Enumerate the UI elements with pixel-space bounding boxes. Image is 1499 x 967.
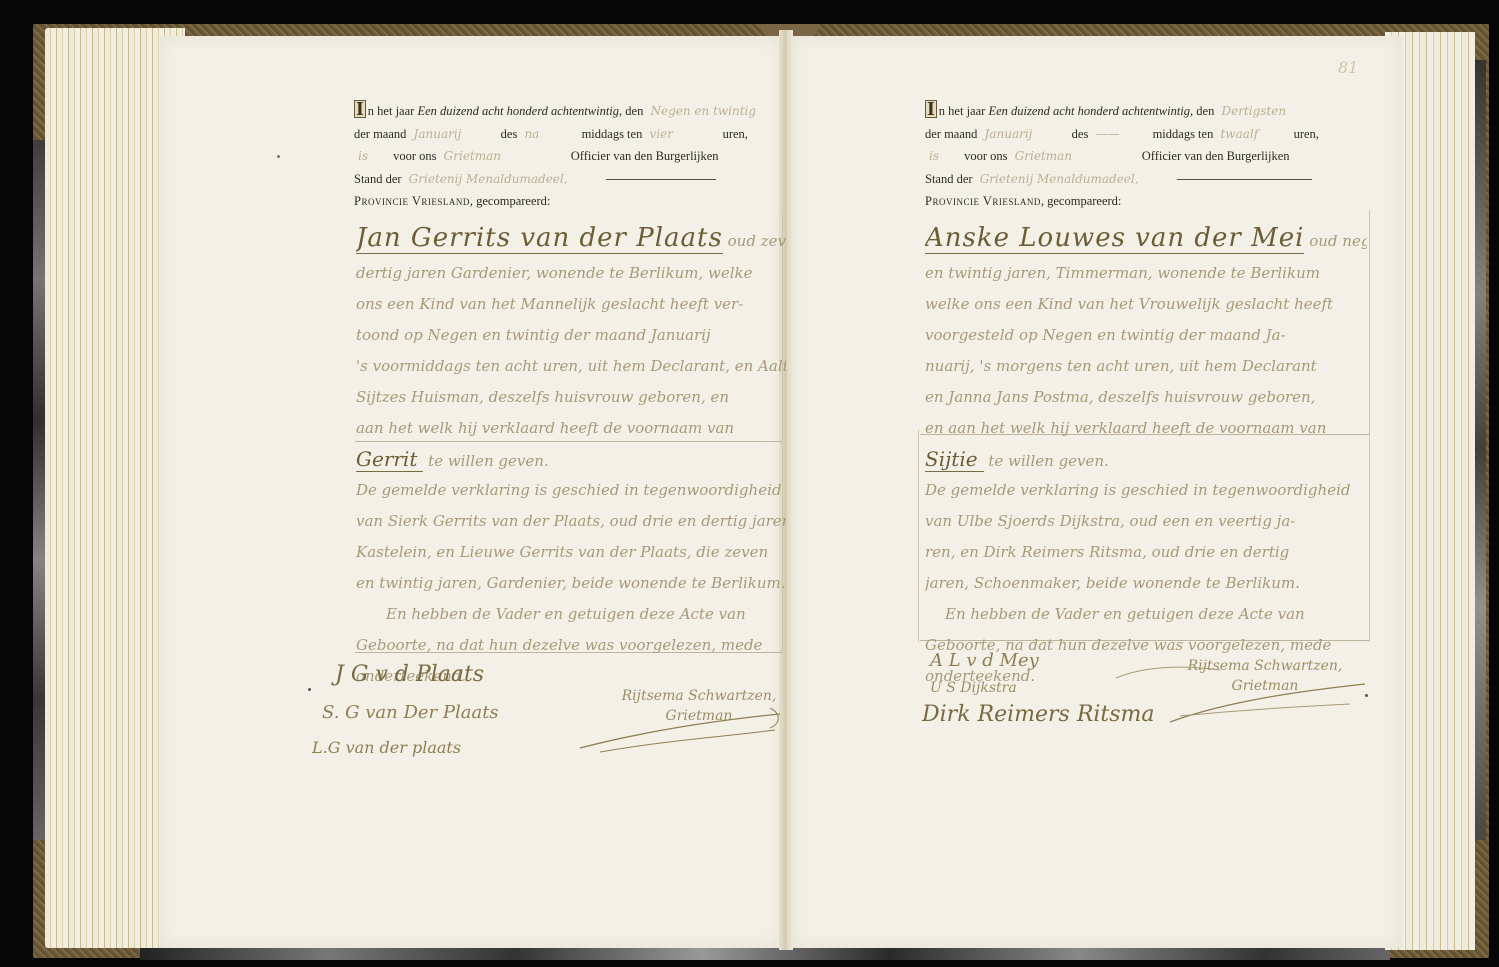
fill-municipality: Grietenij Menaldumadeel, — [980, 168, 1170, 191]
fill-ampm: —— — [1095, 123, 1145, 146]
fill-month: Januarij — [414, 123, 494, 146]
form-rule — [606, 179, 716, 180]
right-handwritten-entry: Anske Louwes van der Mei oud negen en tw… — [925, 218, 1367, 692]
hand-line: oud negen — [1309, 232, 1367, 250]
hand-line: te willen geven. — [988, 452, 1108, 470]
province-label: Provincie Vriesland — [925, 194, 1041, 208]
hand-line: welke ons een Kind van het Vrouwelijk ge… — [925, 289, 1367, 320]
child-name: Sijtie — [925, 447, 984, 472]
form-text: Stand der — [925, 172, 973, 186]
fill-municipality: Grietenij Menaldumadeel, — [409, 168, 599, 191]
hand-line: te willen geven. — [428, 452, 548, 470]
ink-dot — [1365, 694, 1368, 697]
fill-officer: Grietman — [1015, 145, 1135, 168]
declarant-line: Jan Gerrits van der Plaats oud zeven en — [356, 218, 786, 258]
hand-line: aan het welk hij verklaard heeft de voor… — [356, 413, 786, 444]
form-text: , den — [619, 104, 643, 118]
form-text: , gecompareerd: — [1041, 194, 1122, 208]
ink-dot — [308, 688, 311, 691]
form-text: middags ten — [582, 127, 643, 141]
form-line-1: In het jaar Een duizend acht honderd ach… — [354, 100, 784, 123]
child-name-line: Gerrit te willen geven. — [356, 444, 786, 475]
marbled-edge-bottom — [140, 948, 1390, 960]
child-name: Gerrit — [356, 447, 423, 472]
fill-month: Januarij — [985, 123, 1065, 146]
form-year: Een duizend acht honderd achtentwintig — [417, 104, 619, 118]
form-line-3: is voor ons Grietman Officier van den Bu… — [354, 145, 784, 168]
signature-witness-1: U S Dijkstra — [930, 680, 1017, 696]
left-handwritten-entry: Jan Gerrits van der Plaats oud zeven en … — [356, 218, 786, 692]
fill-ampm: na — [524, 123, 574, 146]
fill-hour: vier — [649, 123, 715, 146]
declarant-name: Jan Gerrits van der Plaats — [356, 223, 723, 254]
fill-day: Negen en twintig — [650, 100, 756, 123]
fill-officer: Grietman — [444, 145, 564, 168]
form-text: n het jaar — [939, 104, 986, 118]
form-line-5: Provincie Vriesland, gecompareerd: — [925, 190, 1345, 213]
declarant-line: Anske Louwes van der Mei oud negen — [925, 218, 1367, 258]
signature-witness-1: S. G van Der Plaats — [322, 702, 499, 723]
ink-dot — [277, 155, 280, 158]
form-text: Officier van den Burgerlijken — [1142, 149, 1290, 163]
form-text: des — [1072, 127, 1089, 141]
signature-father: A L v d Mey — [930, 650, 1039, 671]
form-year: Een duizend acht honderd achtentwintig — [988, 104, 1190, 118]
declarant-name: Anske Louwes van der Mei — [925, 223, 1304, 254]
form-line-2: der maand Januarij des na middags ten vi… — [354, 123, 784, 146]
form-text: , den — [1190, 104, 1214, 118]
signature-father: J G v d Plaats — [335, 662, 484, 687]
hand-line: Sijtzes Huisman, deszelfs huisvrouw gebo… — [356, 382, 786, 413]
signature-flourish — [1110, 660, 1370, 730]
form-text: Stand der — [354, 172, 402, 186]
hand-line: En hebben de Vader en getuigen deze Acte… — [925, 599, 1367, 630]
folio-number: 81 — [1338, 58, 1358, 77]
form-text: uren, — [1294, 127, 1319, 141]
hand-line: en Janna Jans Postma, deszelfs huisvrouw… — [925, 382, 1367, 413]
hand-line: oud zeven en — [728, 232, 786, 250]
form-line-2: der maand Januarij des —— middags ten tw… — [925, 123, 1345, 146]
hand-line: en aan het welk hij verklaard heeft de v… — [925, 413, 1367, 444]
form-text: Officier van den Burgerlijken — [571, 149, 719, 163]
right-printed-form: In het jaar Een duizend acht honderd ach… — [925, 100, 1345, 213]
form-text: der maand — [925, 127, 977, 141]
fill-day: Dertigsten — [1221, 100, 1286, 123]
form-rule — [1177, 179, 1312, 180]
form-text: des — [501, 127, 518, 141]
hand-line: jaren, Schoenmaker, beide wonende te Ber… — [925, 568, 1367, 599]
section-rule — [918, 430, 919, 642]
section-rule — [1369, 210, 1370, 642]
fill-is: is — [358, 145, 386, 168]
form-text: voor ons — [964, 149, 1007, 163]
hand-line: Kastelein, en Lieuwe Gerrits van der Pla… — [356, 537, 786, 568]
hand-line: 's voormiddags ten acht uren, uit hem De… — [356, 351, 786, 382]
form-text: voor ons — [393, 149, 436, 163]
hand-line: De gemelde verklaring is geschied in teg… — [925, 475, 1367, 506]
decorated-initial: I — [354, 100, 366, 118]
fill-is: is — [929, 145, 957, 168]
signature-witness-2: L.G van der plaats — [312, 738, 461, 757]
hand-line: en twintig jaren, Gardenier, beide wonen… — [356, 568, 786, 599]
form-text: n het jaar — [368, 104, 415, 118]
form-text: middags ten — [1153, 127, 1214, 141]
hand-line: ren, en Dirk Reimers Ritsma, oud drie en… — [925, 537, 1367, 568]
child-name-line: Sijtie te willen geven. — [925, 444, 1367, 475]
hand-line: dertig jaren Gardenier, wonende te Berli… — [356, 258, 786, 289]
hand-line: nuarij, 's morgens ten acht uren, uit he… — [925, 351, 1367, 382]
hand-line: ons een Kind van het Mannelijk geslacht … — [356, 289, 786, 320]
hand-line: van Sierk Gerrits van der Plaats, oud dr… — [356, 506, 786, 537]
fill-hour: twaalf — [1220, 123, 1286, 146]
hand-line: Geboorte, na dat hun dezelve was voorgel… — [356, 630, 786, 661]
hand-line: van Ulbe Sjoerds Dijkstra, oud een en ve… — [925, 506, 1367, 537]
form-line-3: is voor ons Grietman Officier van den Bu… — [925, 145, 1345, 168]
form-line-1: In het jaar Een duizend acht honderd ach… — [925, 100, 1345, 123]
signature-flourish — [570, 700, 790, 760]
hand-line: voorgesteld op Negen en twintig der maan… — [925, 320, 1367, 351]
hand-line: De gemelde verklaring is geschied in teg… — [356, 475, 786, 506]
left-printed-form: In het jaar Een duizend acht honderd ach… — [354, 100, 784, 213]
hand-line: en twintig jaren, Timmerman, wonende te … — [925, 258, 1367, 289]
form-line-4: Stand der Grietenij Menaldumadeel, — [925, 168, 1345, 191]
hand-line: toond op Negen en twintig der maand Janu… — [356, 320, 786, 351]
form-line-4: Stand der Grietenij Menaldumadeel, — [354, 168, 784, 191]
form-text: der maand — [354, 127, 406, 141]
form-text: , gecompareerd: — [470, 194, 551, 208]
province-label: Provincie Vriesland — [354, 194, 470, 208]
form-text: uren, — [723, 127, 748, 141]
form-line-5: Provincie Vriesland, gecompareerd: — [354, 190, 784, 213]
hand-line: En hebben de Vader en getuigen deze Acte… — [356, 599, 786, 630]
decorated-initial: I — [925, 100, 937, 118]
